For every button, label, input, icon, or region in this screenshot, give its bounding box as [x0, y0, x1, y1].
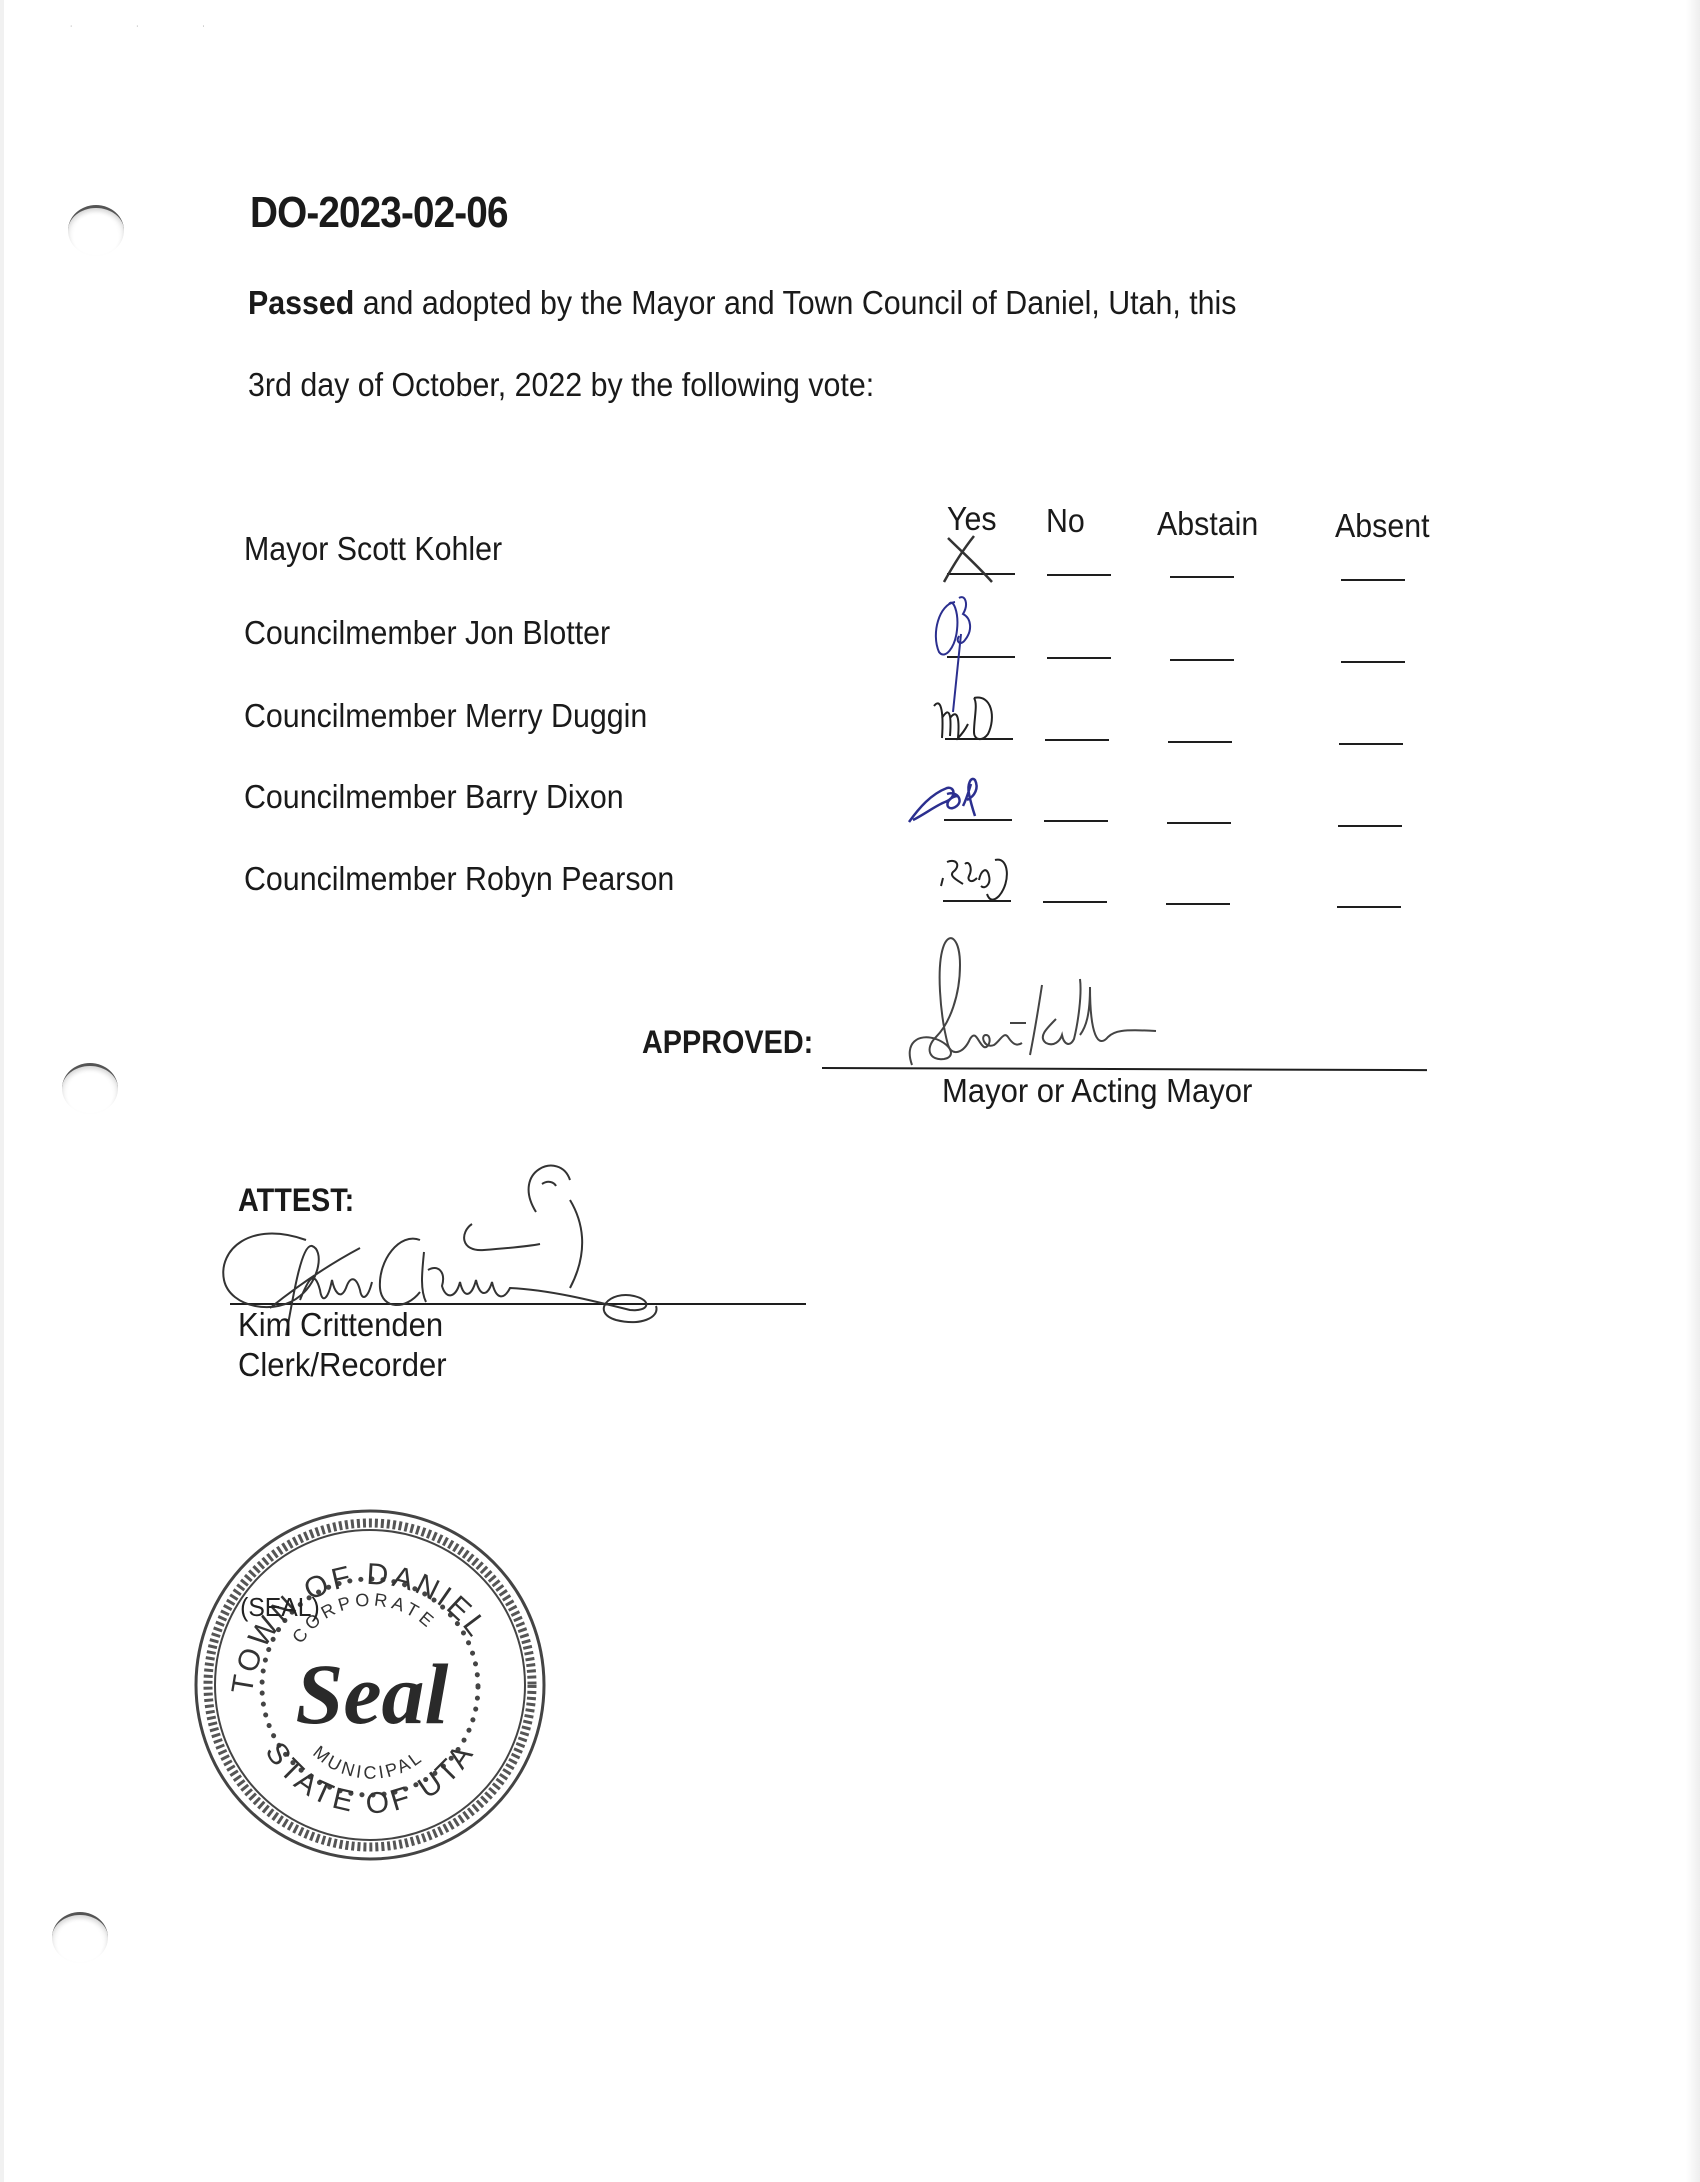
vote-line-absent	[1341, 661, 1405, 663]
initials-md-icon	[930, 688, 1020, 748]
seal-center-text: Seal	[296, 1646, 449, 1742]
passage-line-1: Passed and adopted by the Mayor and Town…	[248, 284, 1236, 322]
punch-hole-middle	[62, 1063, 118, 1114]
vote-line-absent	[1341, 579, 1405, 581]
clerk-name: Kim Crittenden	[238, 1306, 443, 1344]
punch-hole-bottom	[52, 1912, 108, 1963]
document-number: DO-2023-02-06	[250, 188, 508, 238]
vote-line-no	[1047, 657, 1111, 659]
member-name-dixon: Councilmember Barry Dixon	[244, 778, 624, 816]
svg-text:MUNICIPAL: MUNICIPAL	[309, 1742, 427, 1783]
initials-bd-icon	[905, 770, 1015, 830]
vote-line-abstain	[1170, 576, 1234, 578]
member-name-pearson: Councilmember Robyn Pearson	[244, 860, 674, 898]
column-header-no: No	[1046, 502, 1085, 540]
clerk-title: Clerk/Recorder	[238, 1346, 447, 1384]
passage-bold-lead: Passed	[248, 284, 354, 321]
scan-right-edge	[1686, 0, 1700, 2182]
mayor-signature-icon	[860, 925, 1180, 1085]
approval-caption: Mayor or Acting Mayor	[942, 1072, 1252, 1110]
member-name-duggin: Councilmember Merry Duggin	[244, 697, 647, 735]
seal-placeholder-label: (SEAL)	[240, 1592, 320, 1623]
scan-specks: ˙ ˙ ˙	[70, 25, 236, 36]
x-mark-icon	[940, 530, 1020, 585]
passage-line-2: 3rd day of October, 2022 by the followin…	[248, 366, 874, 404]
corporate-seal-icon: TOWN OF DANIEL STATE OF UTAH CORPORATE M…	[190, 1505, 550, 1865]
vote-line-abstain	[1166, 903, 1230, 905]
vote-line-abstain	[1170, 659, 1234, 661]
scan-left-edge	[0, 0, 4, 2182]
vote-line-abstain	[1167, 822, 1231, 824]
punch-hole-top	[68, 205, 124, 256]
vote-line-abstain	[1168, 741, 1232, 743]
passage-line-1-text: and adopted by the Mayor and Town Counci…	[354, 284, 1236, 321]
member-name-mayor-kohler: Mayor Scott Kohler	[244, 530, 502, 568]
initials-rp-icon	[935, 850, 1025, 910]
column-header-abstain: Abstain	[1157, 505, 1258, 543]
vote-line-no	[1047, 574, 1111, 576]
vote-line-absent	[1338, 825, 1402, 827]
vote-line-no	[1043, 901, 1107, 903]
seal-inner-bottom-text: MUNICIPAL	[309, 1742, 427, 1783]
column-header-absent: Absent	[1335, 507, 1430, 545]
member-name-blotter: Councilmember Jon Blotter	[244, 614, 610, 652]
vote-line-no	[1045, 739, 1109, 741]
vote-line-absent	[1337, 906, 1401, 908]
vote-line-absent	[1339, 743, 1403, 745]
vote-line-no	[1044, 820, 1108, 822]
approved-label: APPROVED:	[642, 1024, 813, 1061]
